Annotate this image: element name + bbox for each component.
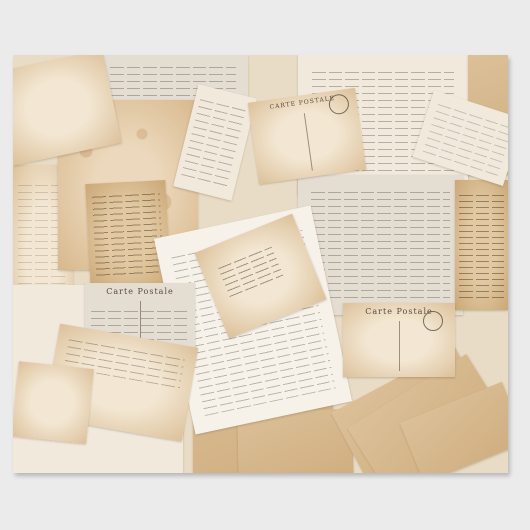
postcard-divider: [304, 113, 313, 171]
handwritten-letter-brown: [85, 180, 170, 289]
envelope-bottom-left: [13, 361, 94, 443]
collage-panel: CARTE POSTALE Carte Postale Carte Postal…: [13, 55, 508, 473]
letter-right-brown: [455, 180, 508, 310]
postcard-bottom-right: Carte Postale: [343, 303, 455, 377]
postmark-icon: [423, 311, 443, 331]
postcard-top: CARTE POSTALE: [248, 88, 366, 184]
postcard-title: Carte Postale: [85, 287, 195, 296]
postcard-divider: [399, 321, 400, 371]
